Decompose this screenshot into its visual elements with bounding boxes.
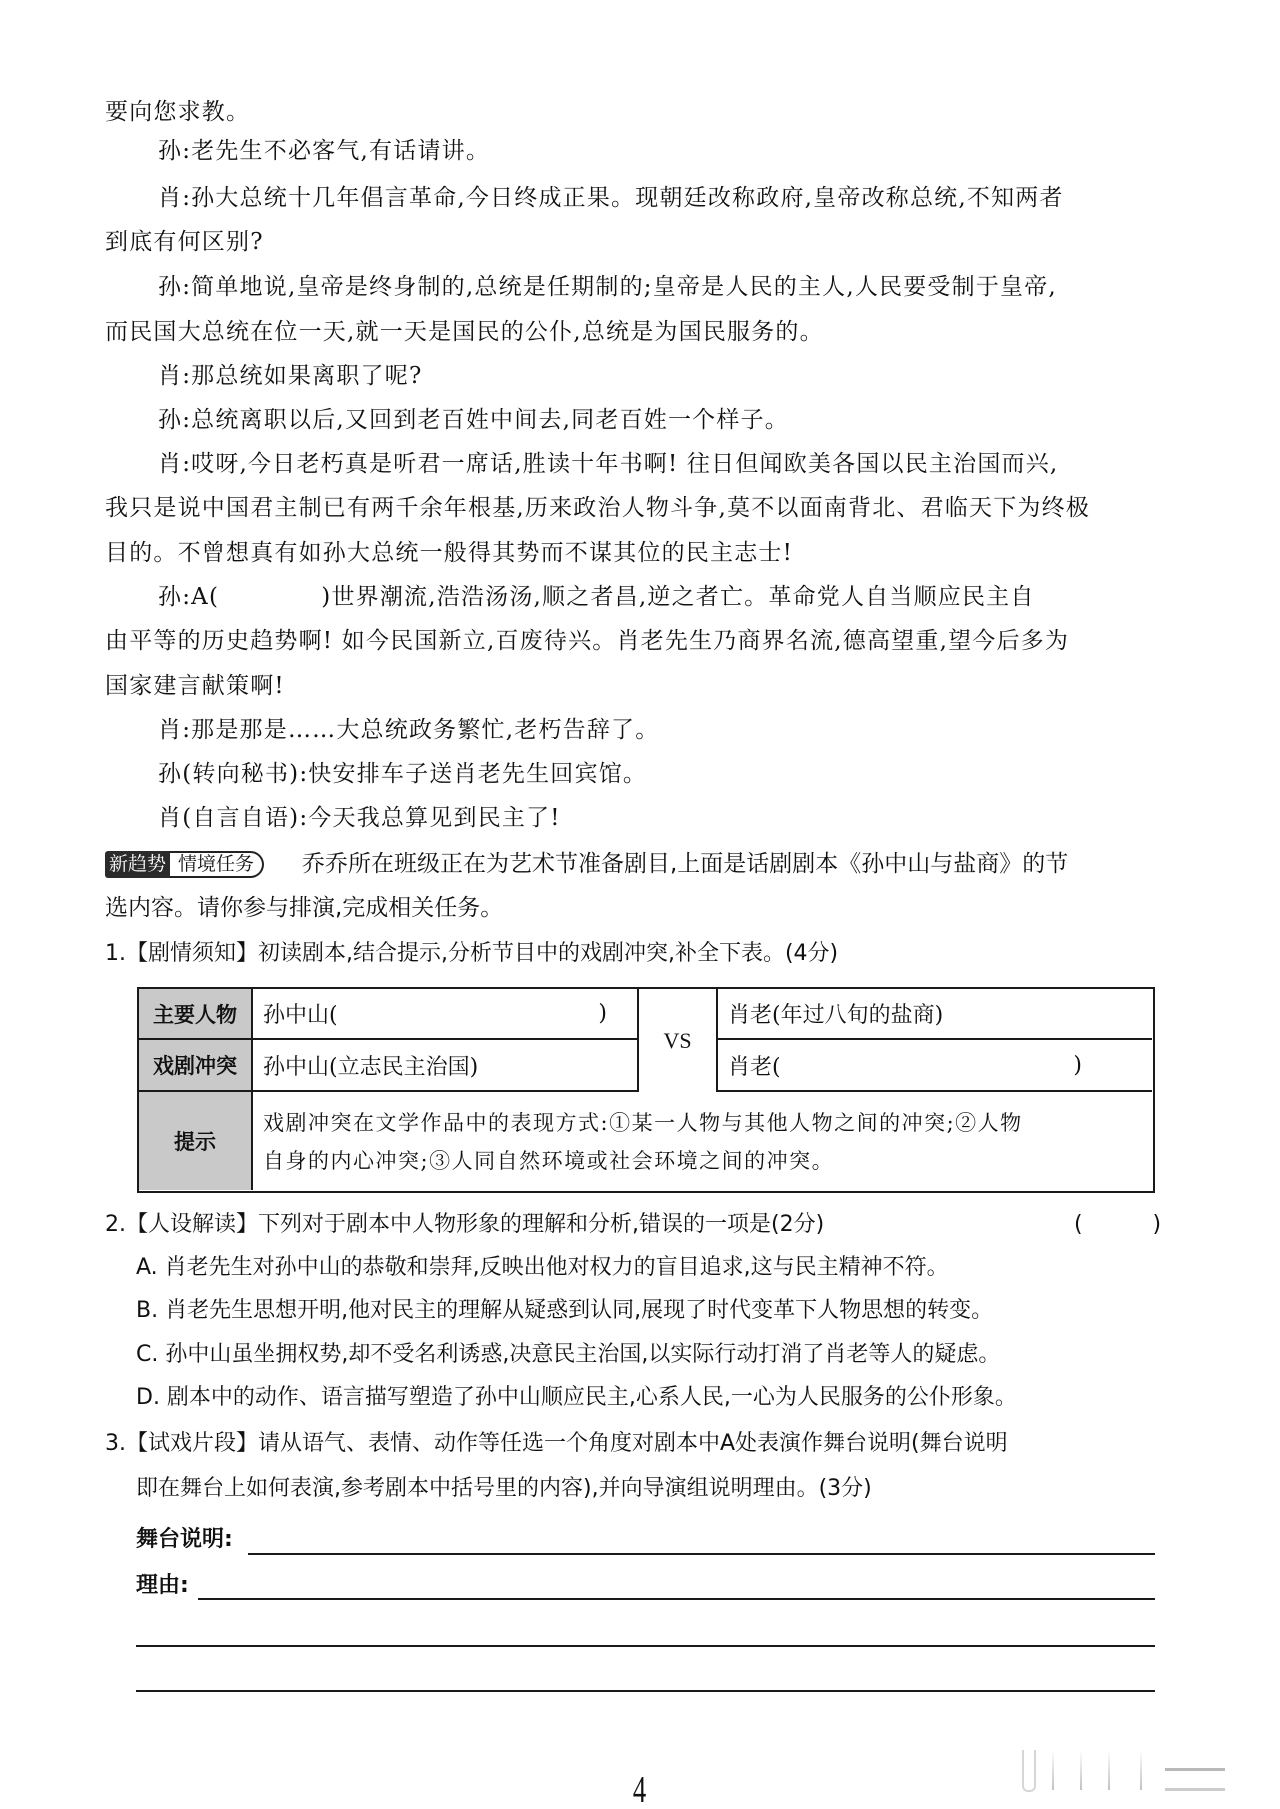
passage-line: 孙:简单地说,皇帝是终身制的,总统是任期制的;皇帝是人民的主人,人民要受制于皇帝… <box>158 272 1057 302</box>
sun-character-label: 孙中山( <box>263 998 338 1029</box>
stage-direction-answer-line[interactable] <box>248 1553 1155 1555</box>
passage-line: 肖(自言自语):今天我总算见到民主了! <box>158 803 561 833</box>
option-c[interactable]: C. 孙中山虽坐拥权势,却不受名利诱惑,决意民主治国,以实际行动打消了肖老等人的… <box>136 1340 1000 1370</box>
passage-line: 肖:那总统如果离职了呢? <box>158 361 422 391</box>
table-cell-xiao-character: 肖老(年过八旬的盐商) <box>718 989 1152 1040</box>
question-3-prompt-line2: 即在舞台上如何表演,参考剧本中括号里的内容),并向导演组说明理由。(3分) <box>136 1474 872 1504</box>
task-intro-line1: 乔乔所在班级正在为艺术节准备剧目,上面是话剧剧本《孙中山与盐商》的节 <box>302 849 1068 879</box>
reason-label: 理由: <box>136 1571 189 1601</box>
scan-binding-marks <box>930 1750 1270 1800</box>
option-b[interactable]: B. 肖老先生思想开明,他对民主的理解从疑惑到认同,展现了时代变革下人物思想的转… <box>136 1296 993 1326</box>
table-header-hint: 提示 <box>139 1092 253 1190</box>
table-cell-sun-character[interactable]: 孙中山( ) <box>253 989 639 1040</box>
xiao-conflict-close-paren: ) <box>1073 1053 1082 1078</box>
reason-answer-line-3[interactable] <box>136 1690 1155 1692</box>
task-badge: 新趋势 情境任务 <box>105 851 264 878</box>
table-header-drama-conflict: 戏剧冲突 <box>139 1040 253 1092</box>
question-3-prompt-line1: 3.【试戏片段】请从语气、表情、动作等任选一个角度对剧本中A处表演作舞台说明(舞… <box>105 1429 1008 1459</box>
table-header-main-characters: 主要人物 <box>139 989 253 1040</box>
passage-line: 肖:孙大总统十几年倡言革命,今日终成正果。现朝廷改称政府,皇帝改称总统,不知两者 <box>158 183 1064 213</box>
passage-line: 孙(转向秘书):快安排车子送肖老先生回宾馆。 <box>158 759 647 789</box>
task-intro-line2: 选内容。请你参与排演,完成相关任务。 <box>105 893 503 923</box>
stage-direction-label: 舞台说明: <box>136 1525 233 1555</box>
reason-answer-line-2[interactable] <box>136 1645 1155 1647</box>
passage-line: 我只是说中国君主制已有两千余年根基,历来政治人物斗争,莫不以面南背北、君临天下为… <box>105 493 1090 523</box>
question-2-answer-bracket[interactable]: ( ) <box>1074 1210 1165 1240</box>
reason-answer-line-1[interactable] <box>198 1598 1155 1600</box>
page-number: 4 <box>633 1768 646 1809</box>
table-cell-sun-conflict: 孙中山(立志民主治国) <box>253 1040 639 1092</box>
passage-line: 孙:老先生不必客气,有话请讲。 <box>158 136 490 166</box>
question-1-prompt: 1.【剧情须知】初读剧本,结合提示,分析节目中的戏剧冲突,补全下表。(4分) <box>105 939 838 969</box>
vs-label: VS <box>639 989 718 1092</box>
passage-line: 目的。不曾想真有如孙大总统一般得其势而不谋其位的民主志士! <box>105 538 793 568</box>
passage-line: 由平等的历史趋势啊! 如今民国新立,百废待兴。肖老先生乃商界名流,德高望重,望今… <box>105 626 1069 656</box>
hint-line-2: 自身的内心冲突;③人同自然环境或社会环境之间的冲突。 <box>263 1145 834 1175</box>
badge-scenario-task: 情境任务 <box>170 851 264 878</box>
passage-line: 而民国大总统在位一天,就一天是国民的公仆,总统是为国民服务的。 <box>105 317 824 347</box>
hint-line-1: 戏剧冲突在文学作品中的表现方式:①某一人物与其他人物之间的冲突;②人物 <box>263 1107 1023 1137</box>
xiao-conflict-label: 肖老( <box>728 1050 781 1081</box>
badge-new-trend: 新趋势 <box>105 851 170 878</box>
passage-line: 国家建言献策啊! <box>105 671 285 701</box>
table-cell-xiao-conflict[interactable]: 肖老( ) <box>718 1040 1152 1092</box>
sun-character-close-paren: ) <box>598 1001 607 1026</box>
passage-line-blank-a: 孙:A( )世界潮流,浩浩汤汤,顺之者昌,逆之者亡。革命党人自当顺应民主自 <box>158 582 1035 612</box>
passage-line: 肖:那是那是……大总统政务繁忙,老朽告辞了。 <box>158 715 659 745</box>
option-a[interactable]: A. 肖老先生对孙中山的恭敬和崇拜,反映出他对权力的盲目追求,这与民主精神不符。 <box>136 1253 949 1283</box>
passage-line: 肖:哎呀,今日老朽真是听君一席话,胜读十年书啊! 往日但闻欧美各国以民主治国而兴… <box>158 449 1058 479</box>
question-2-prompt: 2.【人设解读】下列对于剧本中人物形象的理解和分析,错误的一项是(2分) <box>105 1210 824 1240</box>
option-d[interactable]: D. 剧本中的动作、语言描写塑造了孙中山顺应民主,心系人民,一心为人民服务的公仆… <box>136 1383 1017 1413</box>
drama-conflict-table: 主要人物 孙中山( ) VS 肖老(年过八旬的盐商) 戏剧冲突 孙中山(立志民主… <box>137 987 1155 1193</box>
table-cell-hint: 戏剧冲突在文学作品中的表现方式:①某一人物与其他人物之间的冲突;②人物 自身的内… <box>253 1092 1152 1190</box>
passage-line: 到底有何区别? <box>105 227 264 257</box>
passage-line: 孙:总统离职以后,又回到老百姓中间去,同老百姓一个样子。 <box>158 405 789 435</box>
passage-line: 要向您求教。 <box>105 97 250 127</box>
